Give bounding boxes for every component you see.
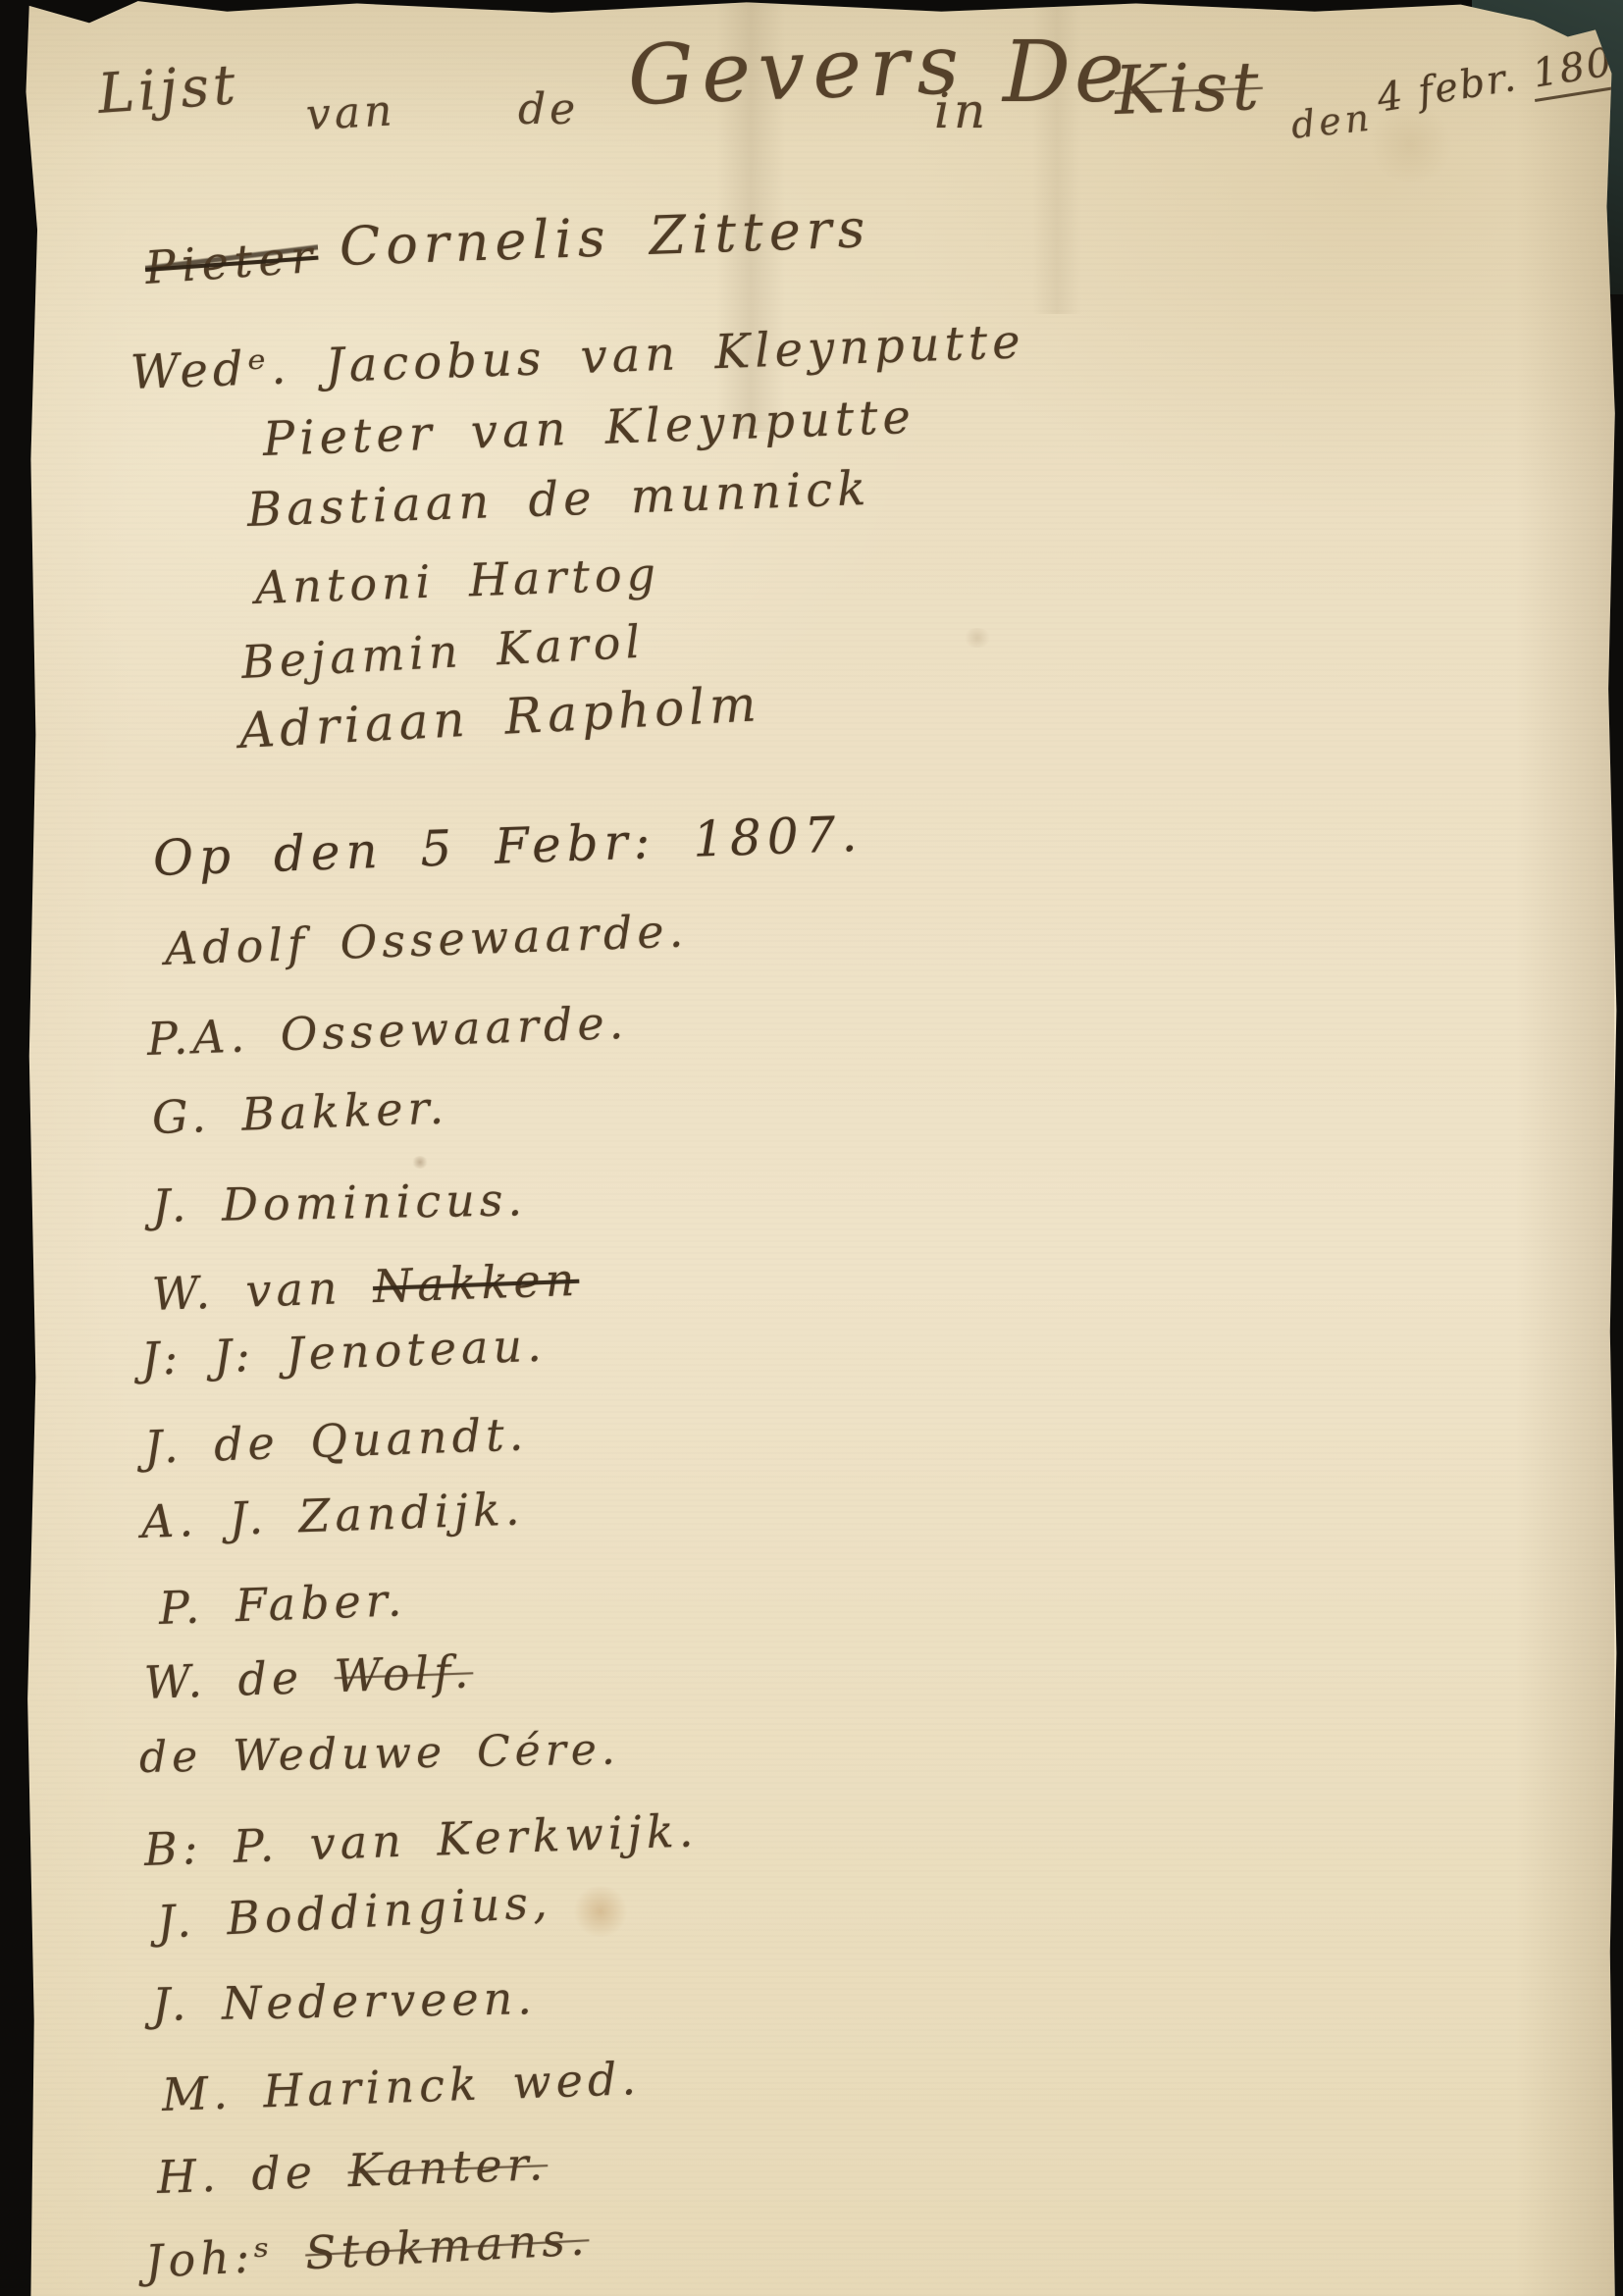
name-text: W. de <box>143 1649 336 1709</box>
feb5-donor-name: M. Harinck wed. <box>161 2052 642 2121</box>
name-text: H. de <box>156 2144 348 2204</box>
name-text: J. Nederveen. <box>152 1971 538 2031</box>
feb5-donor-name: W. de Wolf. <box>143 1644 474 1709</box>
name-text: de Weduwe Cére. <box>139 1724 621 1783</box>
feb5-donor-name: Adolf Ossewaarde. <box>164 904 689 975</box>
feb5-donor-name: J. Boddingius, <box>156 1875 553 1949</box>
name-text: G. Bakker. <box>151 1080 449 1144</box>
name-text: Kanter. <box>347 2137 549 2197</box>
name-text: Joh:ˢ <box>144 2226 307 2287</box>
feb5-donor-name: P. Faber. <box>158 1573 407 1635</box>
name-text: Stokmans. <box>304 2212 591 2279</box>
name-text: P.A. Ossewaarde. <box>146 996 629 1066</box>
name-text: Wolf. <box>334 1644 474 1702</box>
name-text: P. Faber. <box>158 1573 407 1635</box>
feb5-donor-name: W. van Nakken <box>151 1253 580 1321</box>
feb5-donor-name: P.A. Ossewaarde. <box>146 996 629 1066</box>
feb5-donor-name: J. Nederveen. <box>152 1971 538 2031</box>
feb5-donor-name: Joh:ˢ Stokmans. <box>144 2212 591 2288</box>
feb5-donor-name: G. Bakker. <box>151 1080 449 1144</box>
name-text: W. van <box>151 1260 374 1321</box>
feb5-donor-name: A. J. Zandijk. <box>140 1482 525 1548</box>
feb5-donor-name: B: P. van Kerkwijk. <box>143 1803 699 1876</box>
name-text: Adolf Ossewaarde. <box>164 904 689 975</box>
name-text: M. Harinck wed. <box>161 2052 642 2121</box>
paper-sheet: Lijst van de Gevers in De Kist den 4 feb… <box>0 0 1623 2296</box>
struck-name-text: Nakken <box>372 1253 580 1313</box>
feb5-donor-name: J. Dominicus. <box>152 1173 528 1232</box>
manuscript-page: Lijst van de Gevers in De Kist den 4 feb… <box>0 0 1623 2296</box>
feb5-donor-list: Adolf Ossewaarde.P.A. Ossewaarde.G. Bakk… <box>0 0 1623 2296</box>
feb5-donor-name: de Weduwe Cére. <box>139 1724 621 1783</box>
name-text: J. Dominicus. <box>152 1173 528 1232</box>
feb5-donor-name: J: J: Jenoteau. <box>140 1319 547 1385</box>
name-text: A. J. Zandijk. <box>140 1482 525 1548</box>
feb5-donor-name: H. de Kanter. <box>156 2137 549 2204</box>
name-text: B: P. van Kerkwijk. <box>143 1803 699 1876</box>
feb5-donor-name: J. de Quandt. <box>143 1407 529 1474</box>
name-text: J. de Quandt. <box>143 1407 529 1474</box>
name-text: J: J: Jenoteau. <box>140 1319 547 1385</box>
name-text: J. Boddingius, <box>156 1875 553 1949</box>
